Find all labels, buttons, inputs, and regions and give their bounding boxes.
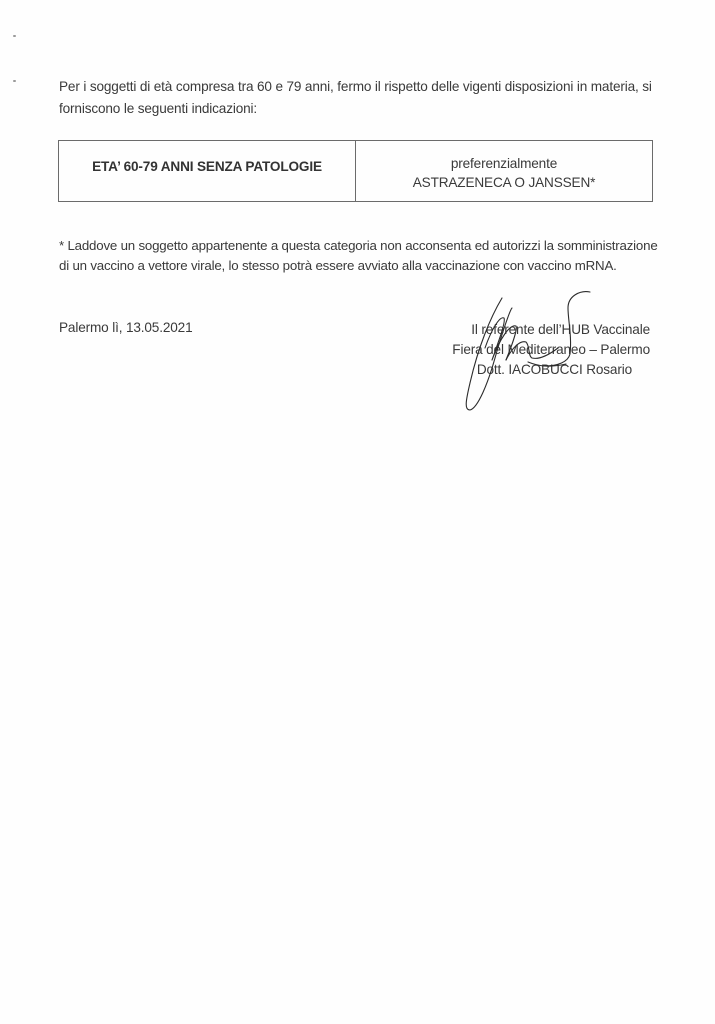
scan-speck: [13, 35, 16, 37]
recommendation-line-2: ASTRAZENECA O JANSSEN*: [413, 173, 596, 192]
signatory-block: Il referente dell’HUB Vaccinale Fiera de…: [430, 320, 650, 380]
recommendation-cell: preferenzialmente ASTRAZENECA O JANSSEN*: [356, 141, 652, 201]
document-page: Per i soggetti di età compresa tra 60 e …: [0, 0, 715, 1024]
category-label: ETA’ 60-79 ANNI SENZA PATOLOGIE: [92, 157, 322, 176]
signatory-location: Fiera del Mediterraneo – Palermo: [430, 340, 650, 360]
age-group-table: ETA’ 60-79 ANNI SENZA PATOLOGIE preferen…: [58, 140, 653, 202]
scan-speck: [13, 80, 16, 82]
place-date: Palermo lì, 13.05.2021: [59, 320, 192, 335]
intro-paragraph: Per i soggetti di età compresa tra 60 e …: [59, 76, 659, 120]
footnote: * Laddove un soggetto appartenente a que…: [59, 236, 669, 276]
signatory-name: Dott. IACOBUCCI Rosario: [430, 360, 650, 380]
signatory-role: Il referente dell’HUB Vaccinale: [430, 320, 650, 340]
category-cell: ETA’ 60-79 ANNI SENZA PATOLOGIE: [59, 141, 356, 201]
recommendation-line-1: preferenzialmente: [451, 154, 557, 173]
